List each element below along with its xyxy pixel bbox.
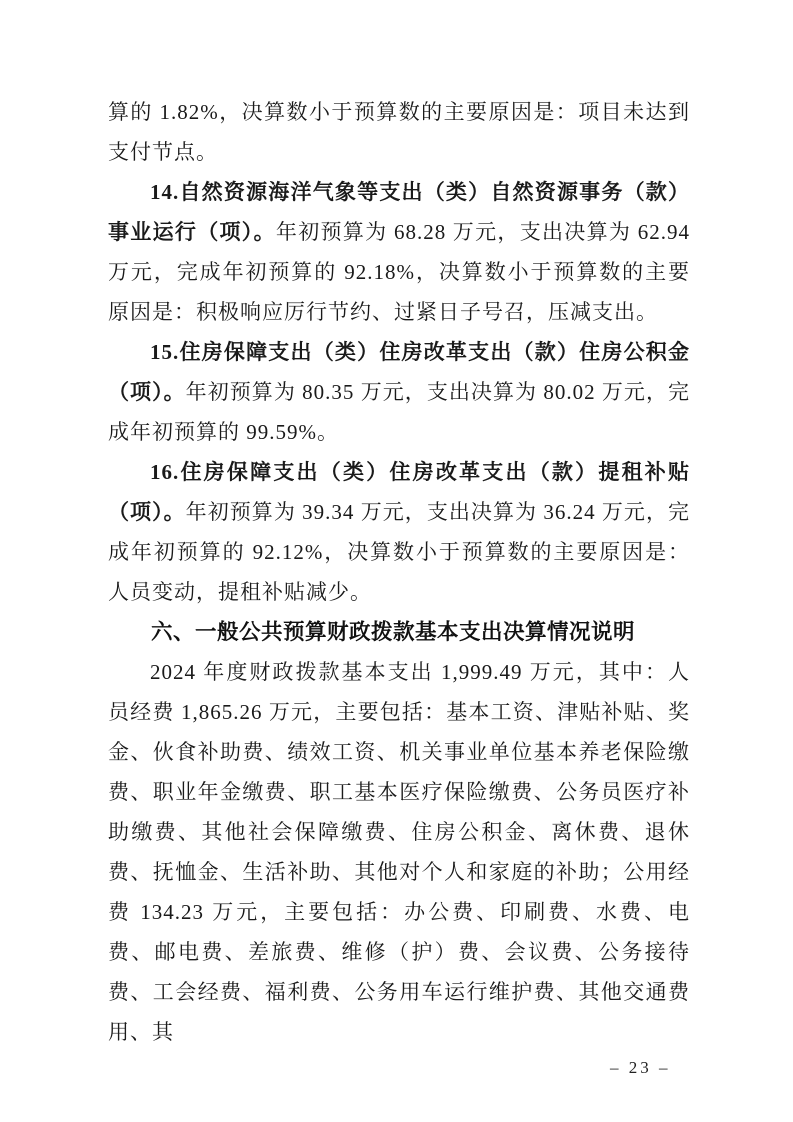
document-body: 算的 1.82%，决算数小于预算数的主要原因是：项目未达到支付节点。 14.自然…	[108, 92, 690, 1052]
paragraph-basic-expenditure: 2024 年度财政拨款基本支出 1,999.49 万元，其中：人员经费 1,86…	[108, 652, 690, 1052]
document-page: 算的 1.82%，决算数小于预算数的主要原因是：项目未达到支付节点。 14.自然…	[0, 0, 793, 1122]
section-16-paragraph: 16.住房保障支出（类）住房改革支出（款）提租补贴（项）。年初预算为 39.34…	[108, 452, 690, 612]
section-16-body: 年初预算为 39.34 万元，支出决算为 36.24 万元，完成年初预算的 92…	[108, 500, 690, 604]
section-6-heading: 六、一般公共预算财政拨款基本支出决算情况说明	[108, 612, 690, 652]
paragraph-continuation: 算的 1.82%，决算数小于预算数的主要原因是：项目未达到支付节点。	[108, 92, 690, 172]
section-15-body: 年初预算为 80.35 万元，支出决算为 80.02 万元，完成年初预算的 99…	[108, 380, 690, 444]
page-number: – 23 –	[610, 1056, 671, 1080]
section-14-paragraph: 14.自然资源海洋气象等支出（类）自然资源事务（款）事业运行（项）。年初预算为 …	[108, 172, 690, 332]
section-15-paragraph: 15.住房保障支出（类）住房改革支出（款）住房公积金（项）。年初预算为 80.3…	[108, 332, 690, 452]
